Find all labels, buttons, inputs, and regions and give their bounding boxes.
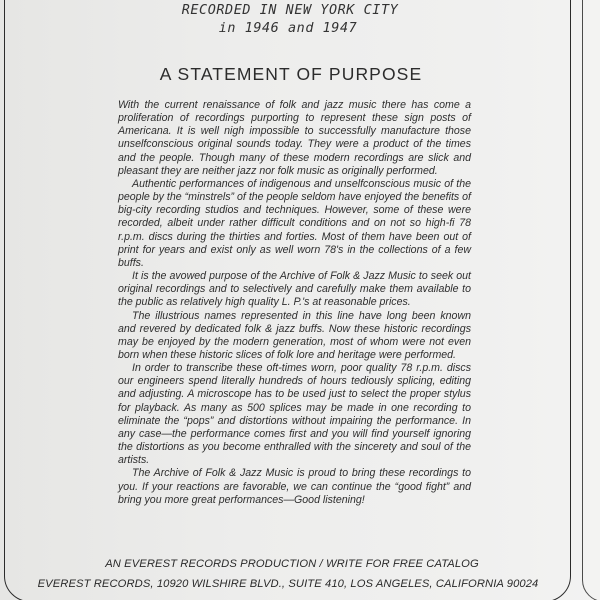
statement-title: A STATEMENT OF PURPOSE — [0, 64, 591, 85]
recorded-years-line: in 1946 and 1947 — [0, 21, 588, 36]
label-address: EVEREST RECORDS, 10920 WILSHIRE BLVD., S… — [0, 578, 588, 590]
production-credit: AN EVEREST RECORDS PRODUCTION / WRITE FO… — [0, 558, 592, 570]
recorded-location-line: RECORDED IN NEW YORK CITY — [0, 3, 590, 18]
paragraph-1: With the current renaissance of folk and… — [118, 99, 471, 178]
paragraph-2: Authentic performances of indigenous and… — [118, 178, 471, 270]
paragraph-3: It is the avowed purpose of the Archive … — [118, 270, 471, 309]
adjacent-panel-border — [582, 0, 600, 600]
album-back-cover: RECORDED IN NEW YORK CITY in 1946 and 19… — [0, 0, 600, 600]
statement-body: With the current renaissance of folk and… — [118, 99, 471, 507]
paragraph-6: The Archive of Folk & Jazz Music is prou… — [118, 467, 471, 506]
paragraph-4: The illustrious names represented in thi… — [118, 310, 471, 363]
paragraph-5: In order to transcribe these oft-times w… — [118, 362, 471, 467]
